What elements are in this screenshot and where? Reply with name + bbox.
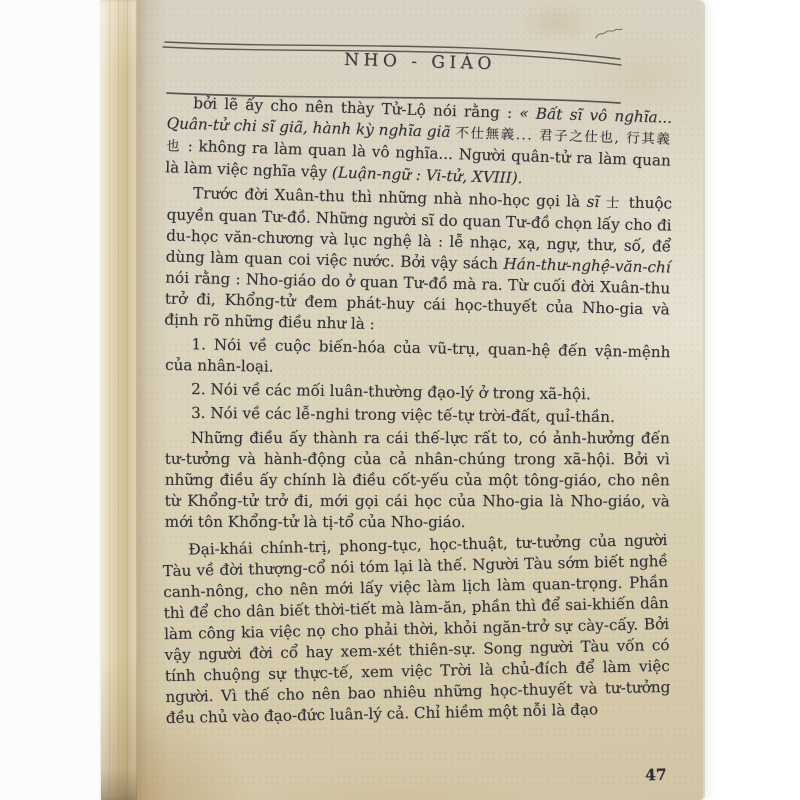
paragraph-tu-lo-quote: bởi lẽ ấy cho nên thày Tử-Lộ nói rằng : …: [165, 92, 672, 193]
paragraph-xuan-thu: Trước đời Xuân-thu thì những nhà nho-học…: [164, 183, 672, 342]
text-run: (Luận-ngữ : Vi-tử, XVIII).: [332, 163, 523, 187]
text-run: 2. Nói về các mối luân-thường đạo-lý ở t…: [191, 380, 591, 403]
text-run: nói rằng : Nho-giáo do ở quan Tư-đồ mà r…: [164, 268, 670, 333]
text-run: sĩ: [586, 193, 605, 211]
paragraph-dai-khai: Đại-khái chính-trị, phong-tục, học-thuật…: [162, 530, 671, 729]
list-item-1: 1. Nói về cuộc biến-hóa của vũ-trụ, quan…: [165, 334, 671, 384]
text-run: Những điều ấy thành ra cái thế-lực rất t…: [165, 429, 670, 531]
paragraph-the-luc: Những điều ấy thành ra cái thế-lực rất t…: [165, 428, 670, 533]
book-page: NHO - GIÁO bởi lẽ ấy cho nên thày Tử-Lộ …: [137, 0, 703, 800]
text-run: Hán-thư-nghệ-văn-chí: [503, 255, 670, 277]
pen-squiggle-mark: [595, 27, 623, 43]
book-fore-edge-pages: [101, 0, 138, 800]
body-text: bởi lẽ ấy cho nên thày Tử-Lộ nói rằng : …: [164, 99, 672, 727]
photo-background: NHO - GIÁO bởi lẽ ấy cho nên thày Tử-Lộ …: [0, 0, 800, 800]
text-run: 3. Nói về các lễ-nghi trong việc tế-tự t…: [191, 404, 615, 426]
chinese-characters-run: 士: [605, 195, 622, 211]
text-run: Đại-khái chính-trị, phong-tục, học-thuật…: [163, 531, 671, 727]
list-item-3: 3. Nói về các lễ-nghi trong việc tế-tự t…: [165, 403, 670, 429]
page-number: 47: [645, 765, 667, 785]
text-run: 1. Nói về cuộc biến-hóa của vũ-trụ, quan…: [165, 335, 671, 375]
